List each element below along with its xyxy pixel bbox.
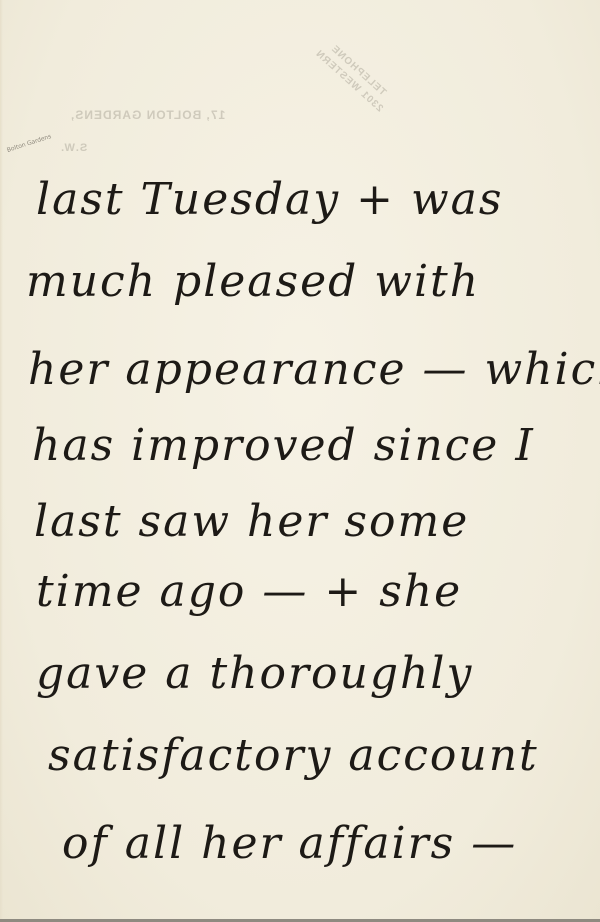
paper-edge <box>0 0 3 922</box>
handwritten-line: her appearance — which <box>28 348 600 392</box>
handwritten-line: much pleased with <box>26 260 480 304</box>
letterhead-address: 17, BOLTON GARDENS, <box>70 108 225 122</box>
handwritten-line: of all her affairs — <box>62 822 517 866</box>
handwritten-line: last Tuesday + was <box>36 178 503 222</box>
letter-page: 17, BOLTON GARDENS, S.W. TELEPHONE 2301 … <box>0 0 600 922</box>
handwritten-line: has improved since I <box>32 424 535 468</box>
handwritten-line: time ago — + she <box>36 570 462 614</box>
handwritten-line: gave a thoroughly <box>36 652 473 696</box>
letterhead-district: S.W. <box>60 142 87 154</box>
letterhead-phone: TELEPHONE 2301 WESTERN <box>312 37 395 116</box>
handwritten-line: satisfactory account <box>48 734 539 778</box>
handwritten-line: last saw her some <box>34 500 469 544</box>
marginal-pencil-note: Bolton Gardens <box>6 133 52 154</box>
